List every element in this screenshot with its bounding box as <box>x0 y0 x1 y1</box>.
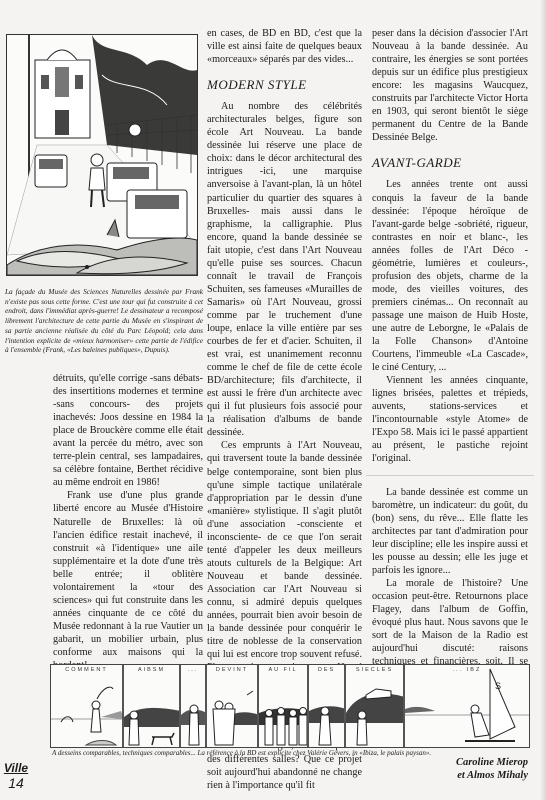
hillside-dog-icon <box>124 677 181 747</box>
section-heading-avant-garde: AVANT-GARDE <box>372 156 528 169</box>
comic-panel: ... <box>181 665 207 747</box>
comic-strip: COMMENT AIBSM ... <box>50 664 530 748</box>
panel-label: AU FIL <box>259 667 307 673</box>
panel-label: ... <box>181 667 205 673</box>
panel-label: AIBSM <box>124 667 179 673</box>
author-line-1: Caroline Mierop <box>372 756 528 769</box>
panel-label: DEVINT <box>207 667 257 673</box>
comic-panel: DES <box>309 665 346 747</box>
section-heading-modern-style: MODERN STYLE <box>207 78 362 91</box>
panel-label: SIECLES <box>346 667 403 673</box>
paragraph: en cases, de BD en BD, c'est que la vill… <box>207 27 362 66</box>
illustration-caption: La façade du Musée des Sciences Naturell… <box>5 287 203 355</box>
walker-icon <box>181 677 207 747</box>
paragraph: détruits, qu'elle corrige -sans débats- … <box>53 372 203 489</box>
paragraph: Au nombre des célébrités architecturales… <box>207 100 362 439</box>
town-figure-icon <box>346 677 405 747</box>
svg-text:S: S <box>495 681 501 691</box>
comic-panel: ... IBZ S <box>405 665 529 747</box>
page-number: 14 <box>3 775 29 791</box>
page-folio: Ville 14 <box>3 762 29 791</box>
magazine-brand: Ville <box>3 762 29 775</box>
beach-figure-icon <box>51 677 124 747</box>
author-signature: Caroline Mierop et Almos Mihaly <box>372 756 528 782</box>
panel-label: COMMENT <box>51 667 122 673</box>
section-divider <box>366 475 534 476</box>
windsurfer-icon: S <box>405 667 529 747</box>
couple-icon <box>207 677 259 747</box>
comic-panel: AIBSM <box>124 665 181 747</box>
comic-panel: COMMENT <box>51 665 124 747</box>
comic-panel: AU FIL <box>259 665 309 747</box>
museum-illustration <box>6 34 198 276</box>
paragraph: peser dans la décision d'associer l'Art … <box>372 27 528 144</box>
magazine-page: La façade du Musée des Sciences Naturell… <box>0 0 546 800</box>
paragraph: Les années trente ont aussi conquis la f… <box>372 178 528 374</box>
paragraph: Frank use d'une plus grande liberté enco… <box>53 489 203 672</box>
author-line-2: et Almos Mihaly <box>372 769 528 782</box>
paragraph: La bande dessinée est comme un baromètre… <box>372 486 528 577</box>
comic-panel: DEVINT <box>207 665 259 747</box>
figure-icon <box>309 677 346 747</box>
panel-label: DES <box>309 667 344 673</box>
comic-panel: SIECLES <box>346 665 405 747</box>
crowd-icon <box>259 677 309 747</box>
street-drawing-icon <box>7 35 197 275</box>
page-edge <box>540 0 546 800</box>
paragraph: Viennent les années cinquante, lignes br… <box>372 374 528 465</box>
strip-caption: A desseins comparables, techniques compa… <box>52 749 532 758</box>
